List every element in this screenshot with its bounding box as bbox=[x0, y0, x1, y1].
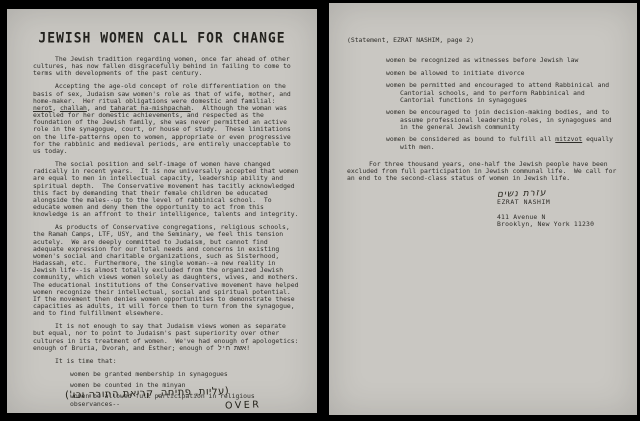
paragraph-conservative-products: As products of Conservative congregation… bbox=[33, 224, 301, 317]
paragraph-role-differentiation: Accepting the age-old concept of role di… bbox=[33, 83, 301, 155]
demand-item-membership: women be granted membership in synagogue… bbox=[70, 371, 301, 378]
demand-item-witnesses: women be recognized as witnesses before … bbox=[386, 57, 615, 64]
paragraph-text: It is not enough to say that Judaism vie… bbox=[33, 322, 302, 351]
demand-list-page-2: women be recognized as witnesses before … bbox=[386, 57, 637, 151]
hebrew-phrase-eshet-chayil: אשת חיל bbox=[218, 344, 247, 352]
signature-hebrew-handwritten: עזרת נשים bbox=[497, 190, 547, 199]
paragraph-tradition: The Jewish tradition regarding women, on… bbox=[33, 56, 301, 77]
paragraph-it-is-time: It is time that: bbox=[33, 358, 301, 365]
paragraph-text: . Although the woman was extolled for he… bbox=[33, 104, 295, 155]
page-1: JEWISH WOMEN CALL FOR CHANGE The Jewish … bbox=[7, 9, 317, 413]
address-line-2: Brooklyn, New York 11230 bbox=[497, 221, 637, 228]
paragraph-social-position: The social position and self-image of wo… bbox=[33, 161, 301, 218]
page-2: (Statement, EZRAT NASHIM, page 2) women … bbox=[329, 3, 637, 415]
handwritten-over-note: OVER bbox=[225, 399, 262, 411]
paragraph-not-enough: It is not enough to say that Judaism vie… bbox=[33, 323, 301, 352]
statement-header: (Statement, EZRAT NASHIM, page 2) bbox=[329, 37, 637, 44]
organization-name: EZRAT NASHIM bbox=[497, 199, 637, 206]
underlined-term-mitzvot: mitzvot bbox=[555, 135, 582, 143]
signature-block: עזרת נשים EZRAT NASHIM 411 Avenue N Broo… bbox=[497, 191, 637, 228]
page-1-body: The Jewish tradition regarding women, on… bbox=[7, 46, 317, 408]
demand-item-rabbinical-schools: women be permitted and encouraged to att… bbox=[386, 82, 615, 103]
demand-item-mitzvot: women be considered as bound to fulfill … bbox=[386, 136, 615, 150]
closing-paragraph: For three thousand years, one-half the J… bbox=[329, 161, 637, 182]
paragraph-text: Accepting the age-old concept of role di… bbox=[33, 82, 295, 104]
paragraph-text: ! bbox=[246, 344, 250, 352]
demand-item-leadership: women be encouraged to join decision-mak… bbox=[386, 109, 615, 130]
demand-item-divorce: women be allowed to initiate divorce bbox=[386, 70, 615, 77]
document-title: JEWISH WOMEN CALL FOR CHANGE bbox=[7, 30, 317, 47]
scanned-document: JEWISH WOMEN CALL FOR CHANGE The Jewish … bbox=[0, 0, 640, 421]
